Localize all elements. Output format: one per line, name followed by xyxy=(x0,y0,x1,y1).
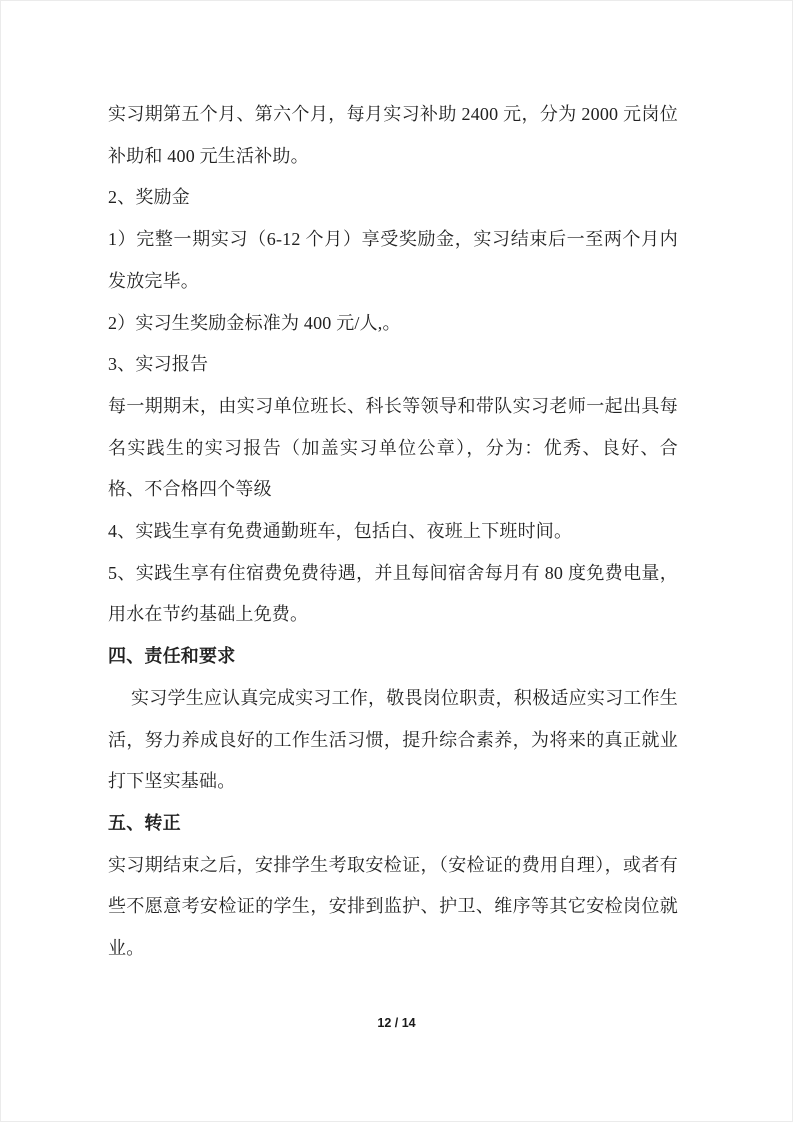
paragraph-transfer-detail: 实习期结束之后，安排学生考取安检证，（安检证的费用自理），或者有些不愿意考安检证… xyxy=(108,845,678,970)
list-item-reward-amount: 2）实习生奖励金标准为 400 元/人,。 xyxy=(108,303,678,345)
section-heading-transfer: 五、转正 xyxy=(108,803,678,845)
document-body: 实习期第五个月、第六个月，每月实习补助 2400 元，分为 2000 元岗位补助… xyxy=(108,94,678,970)
footer-page-number: 12 / 14 xyxy=(0,1016,793,1030)
paragraph-duty-detail: 实习学生应认真完成实习工作，敬畏岗位职责，积极适应实习工作生活，努力养成良好的工… xyxy=(108,678,678,803)
list-item-reward-title: 2、奖励金 xyxy=(108,177,678,219)
paragraph-stipend: 实习期第五个月、第六个月，每月实习补助 2400 元，分为 2000 元岗位补助… xyxy=(108,94,678,177)
list-item-report-title: 3、实习报告 xyxy=(108,344,678,386)
paragraph-report-detail: 每一期期末，由实习单位班长、科长等领导和带队实习老师一起出具每名实践生的实习报告… xyxy=(108,386,678,511)
list-item-shuttle: 4、实践生享有免费通勤班车，包括白、夜班上下班时间。 xyxy=(108,511,678,553)
document-page: 实习期第五个月、第六个月，每月实习补助 2400 元，分为 2000 元岗位补助… xyxy=(0,0,793,1122)
section-heading-duty: 四、责任和要求 xyxy=(108,636,678,678)
list-item-lodging: 5、实践生享有住宿费免费待遇，并且每间宿舍每月有 80 度免费电量，用水在节约基… xyxy=(108,553,678,636)
list-item-reward-terms: 1）完整一期实习（6-12 个月）享受奖励金，实习结束后一至两个月内发放完毕。 xyxy=(108,219,678,302)
